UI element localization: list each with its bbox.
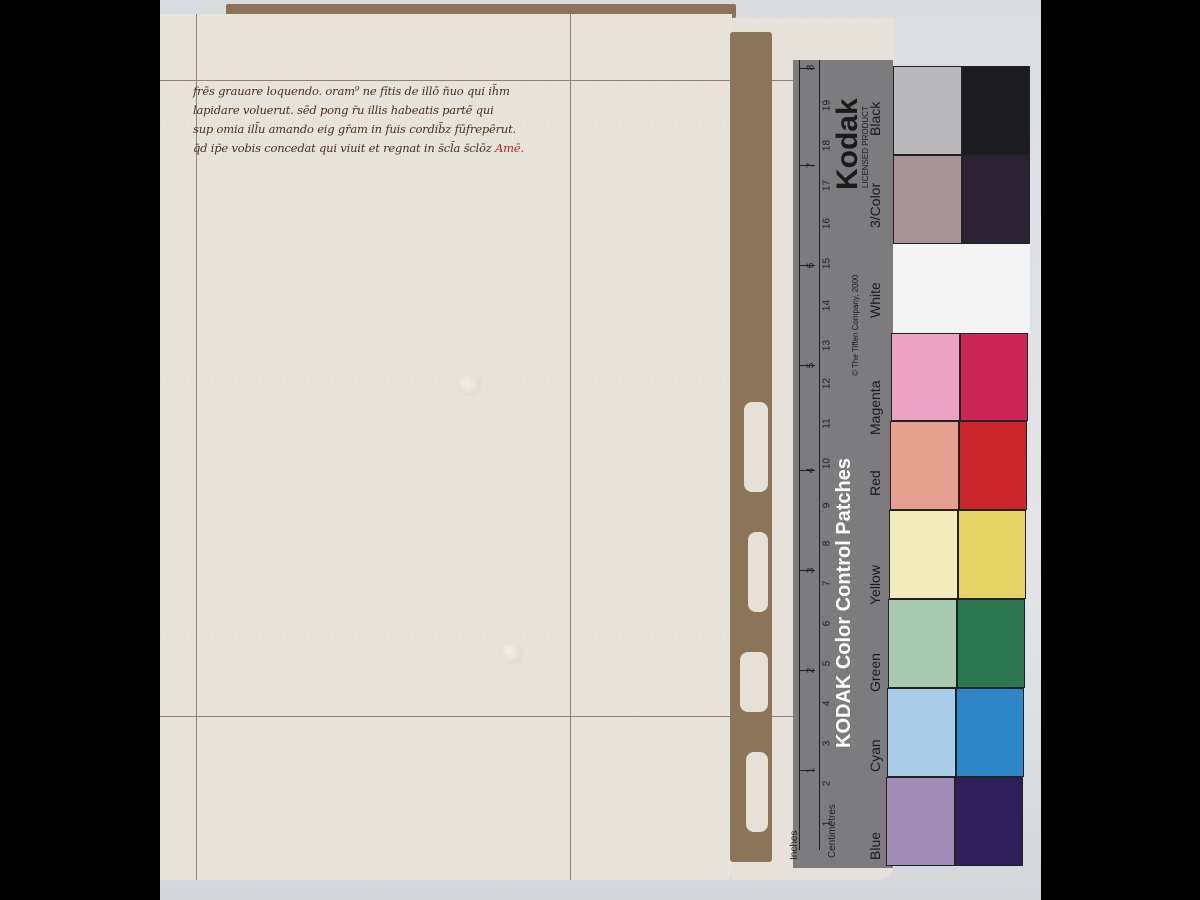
inch-label: 8	[806, 58, 817, 78]
margin-rule-bottom	[160, 716, 732, 717]
inch-label: 4	[806, 461, 817, 481]
patch-red-light	[890, 421, 959, 510]
patch-white	[893, 244, 1030, 333]
kodak-logo: Kodak	[831, 98, 865, 190]
spine-wear	[740, 652, 768, 712]
patch-magenta-dark	[960, 333, 1028, 421]
patch-cyan-dark	[956, 688, 1024, 777]
inch-label: 3	[806, 561, 817, 581]
label-yellow: Yellow	[867, 565, 883, 605]
inch-label: 7	[806, 156, 817, 176]
cm-label: 1	[822, 814, 833, 834]
patch-3color-dark	[962, 155, 1030, 244]
binding-spine	[730, 32, 772, 862]
cm-label: 2	[822, 774, 833, 794]
inches-label: Inches	[789, 831, 800, 860]
label-black: Black	[867, 102, 883, 136]
inch-label: 6	[806, 256, 817, 276]
patch-magenta-light	[891, 333, 960, 421]
label-red: Red	[867, 470, 883, 496]
inch-label: 1	[806, 761, 817, 781]
kodak-color-target: 8 7 6 5 4 3 2 1 Inches Centimetres 19 18…	[793, 60, 1030, 868]
cm-label: 4	[822, 694, 833, 714]
patch-yellow-dark	[958, 510, 1026, 599]
text-line: lapidare voluerut. sēd pong r̄u illis ha…	[193, 101, 573, 120]
patch-green-dark	[957, 599, 1025, 688]
patch-red-dark	[959, 421, 1027, 510]
label-cyan: Cyan	[867, 739, 883, 772]
label-3color: 3/Color	[867, 183, 883, 228]
manuscript-text: frēs grauare loquendo. oram⁹ ne fītis d…	[193, 82, 573, 158]
patch-cyan-light	[887, 688, 956, 777]
cm-label: 13	[822, 336, 833, 356]
label-magenta: Magenta	[867, 381, 883, 435]
margin-rule-top	[160, 80, 732, 81]
patch-yellow-light	[889, 510, 958, 599]
spine-wear	[748, 532, 768, 612]
copyright-label: © The Tiffen Company, 2000	[851, 274, 860, 376]
cm-label: 11	[822, 414, 833, 434]
paper-bump	[500, 644, 526, 664]
text-line: q̄d ip̄e vobis concedat qui viuit et reg…	[193, 139, 573, 158]
patch-black-light	[893, 66, 962, 155]
text-line: sup omia ill̄u amando eig gr̄am in fuis …	[193, 120, 573, 139]
patch-blue-light	[886, 777, 955, 866]
ruler-inch-baseline	[799, 60, 800, 850]
spine-wear	[746, 752, 768, 832]
ruler: 8 7 6 5 4 3 2 1 Inches Centimetres 19 18…	[793, 60, 893, 868]
cm-label: 8	[822, 534, 833, 554]
target-title: KODAK Color Control Patches	[833, 458, 856, 748]
label-white: White	[867, 282, 883, 318]
cm-label: 7	[822, 574, 833, 594]
patch-black-dark	[962, 66, 1030, 155]
patch-blue-dark	[955, 777, 1023, 866]
text-line: frēs grauare loquendo. oram⁹ ne fītis d…	[193, 82, 573, 101]
rubric-word: Amē.	[495, 141, 524, 155]
label-blue: Blue	[867, 832, 883, 860]
inch-label: 5	[806, 356, 817, 376]
label-green: Green	[867, 653, 883, 692]
spine-wear	[744, 402, 768, 492]
cm-label: 15	[822, 254, 833, 274]
cm-label: 5	[822, 654, 833, 674]
inch-label: 2	[806, 661, 817, 681]
patch-green-light	[888, 599, 957, 688]
cm-label: 10	[822, 454, 833, 474]
cm-label: 12	[822, 374, 833, 394]
cm-label: 6	[822, 614, 833, 634]
paper-bump	[458, 376, 484, 396]
patch-3color-light	[893, 155, 962, 244]
cm-label: 14	[822, 296, 833, 316]
cm-label: 9	[822, 496, 833, 516]
ruler-cm-baseline	[819, 60, 820, 850]
cm-label: 3	[822, 734, 833, 754]
cm-label: 16	[822, 214, 833, 234]
